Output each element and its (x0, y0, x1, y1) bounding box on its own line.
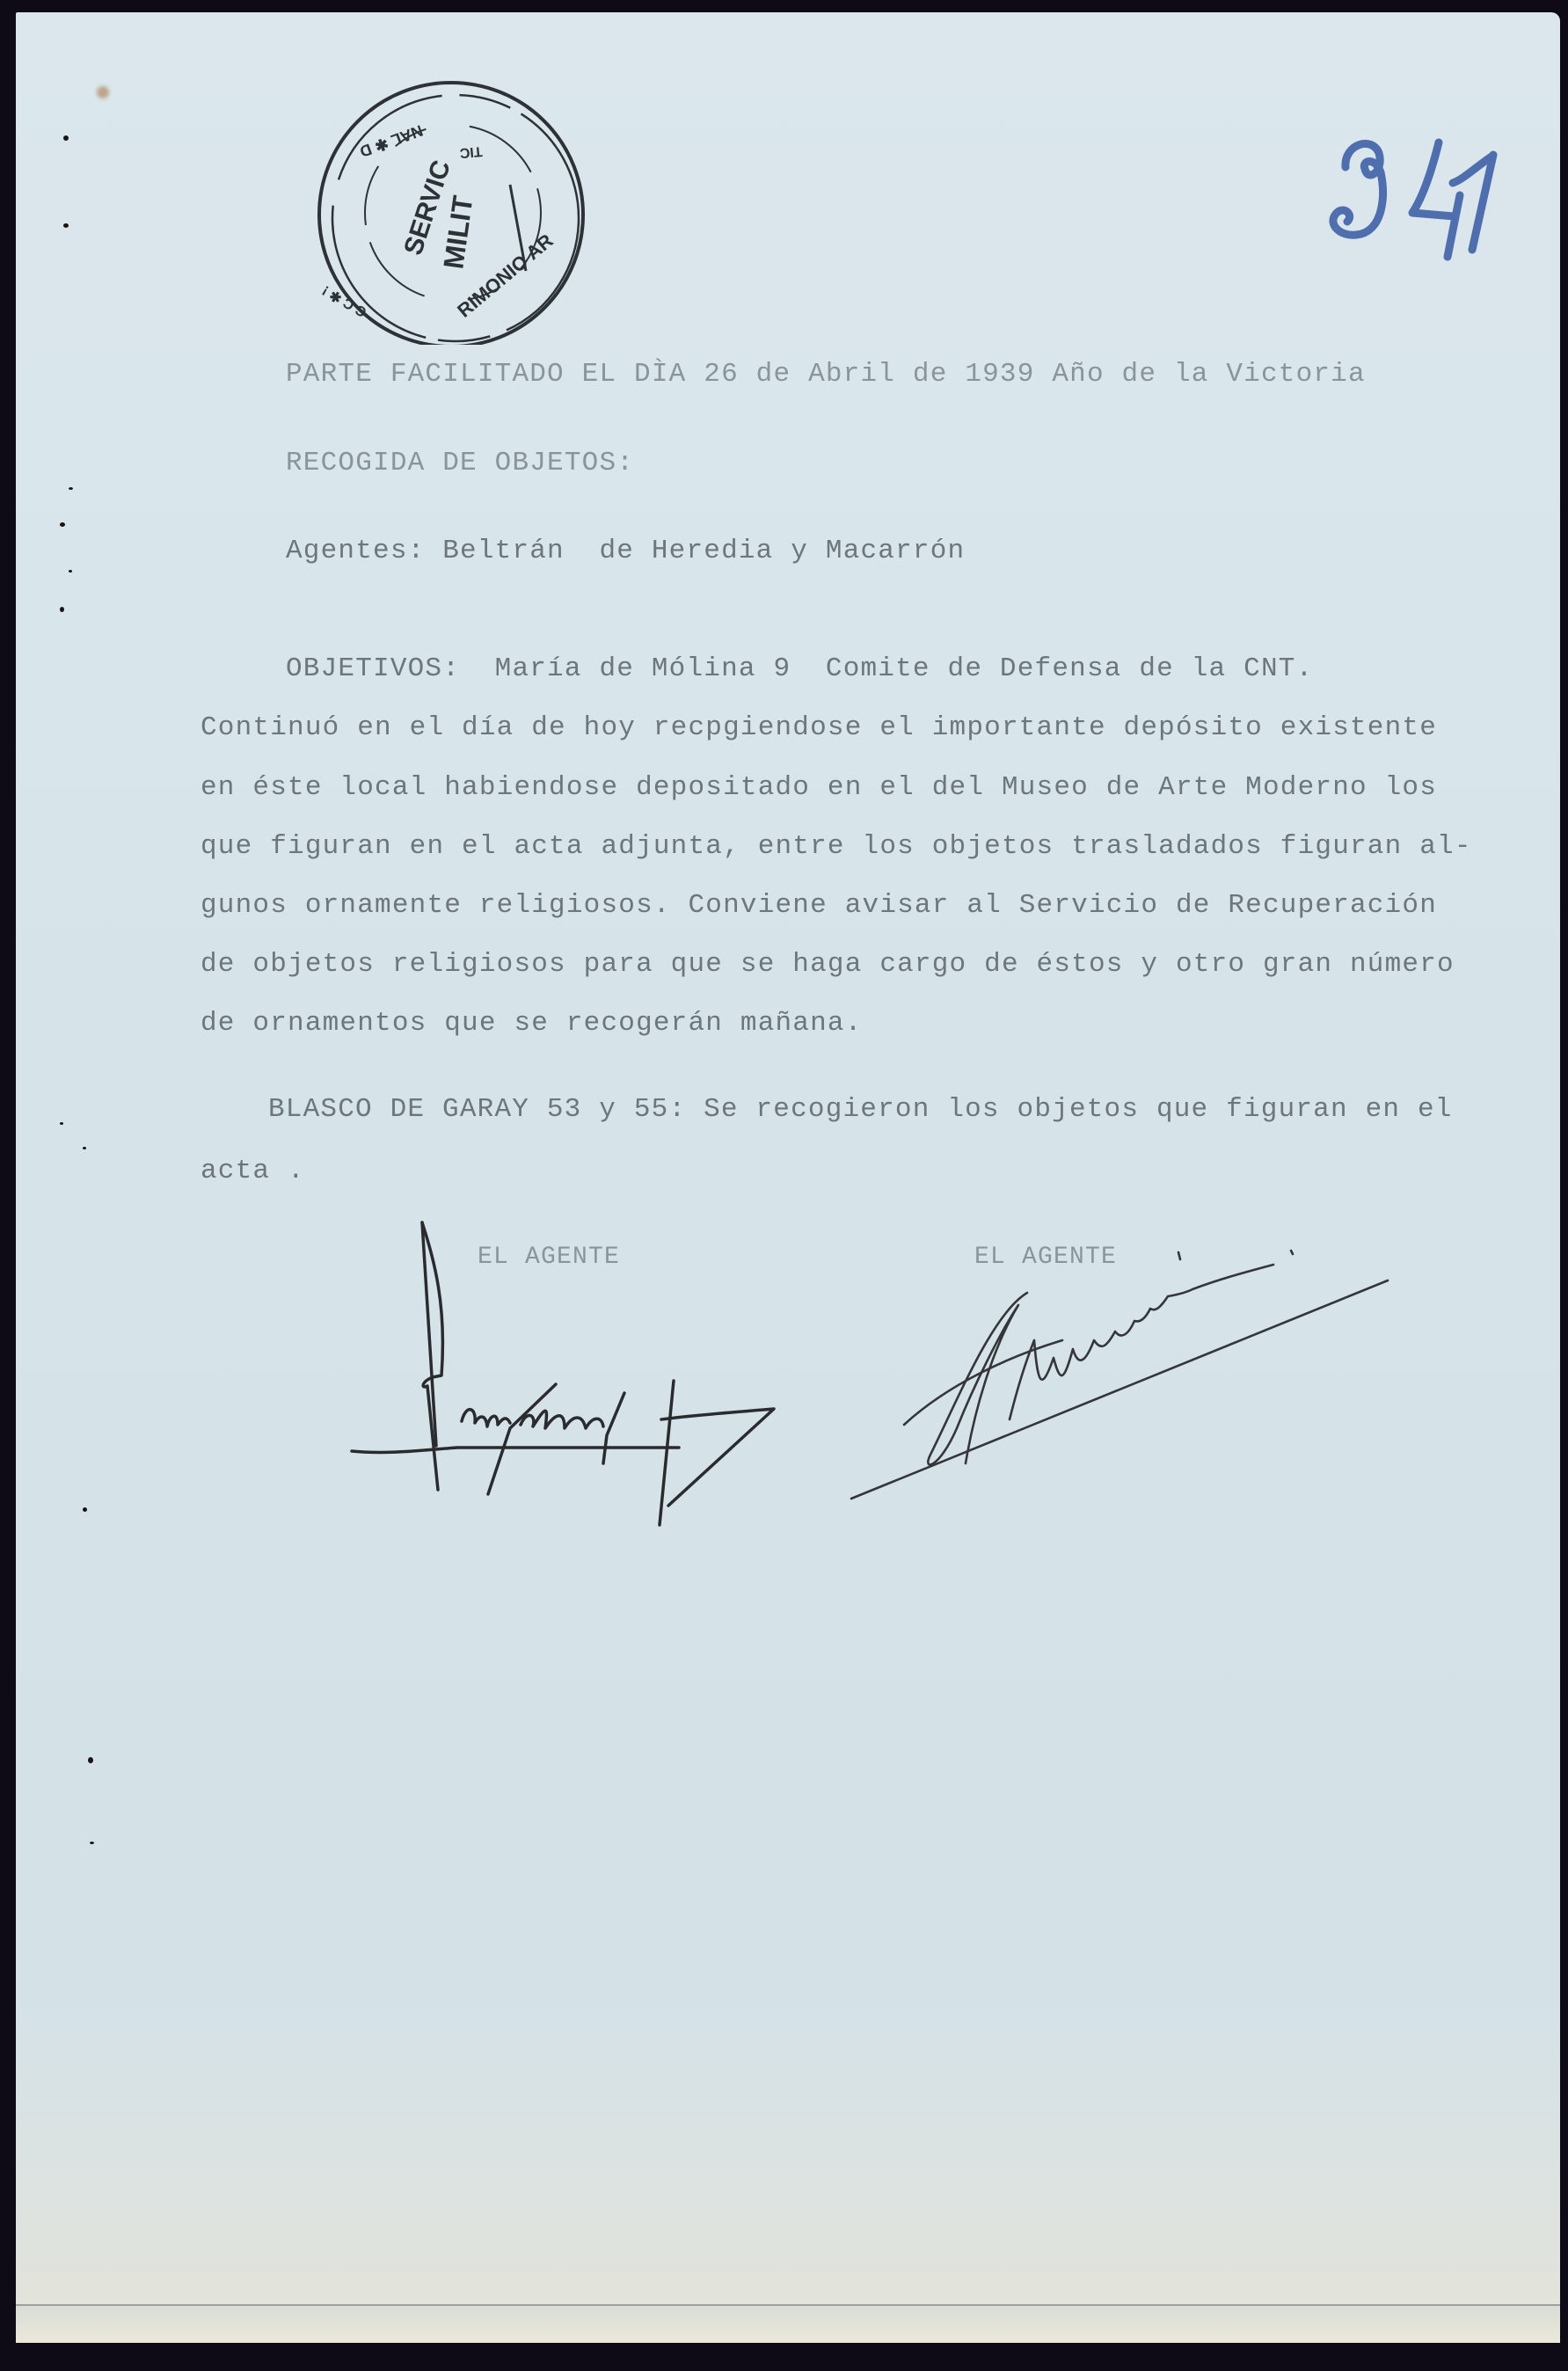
objetivos-heading-line: OBJETIVOS: María de Mólina 9 Comite de D… (286, 655, 1313, 682)
punch-hole (83, 1507, 87, 1512)
punch-hole (88, 1757, 93, 1763)
blasco-line-continued: acta . (201, 1157, 305, 1185)
punch-hole (83, 1147, 86, 1149)
official-stamp: SERVIC MILIT NAL ✱ D RIMONIO AR TIC C C … (315, 81, 587, 345)
objetivos-line: gunos ornamente religiosos. Conviene avi… (201, 892, 1437, 919)
punch-hole (60, 1122, 63, 1125)
signature-macarron (834, 1208, 1432, 1543)
objetivos-line: Continuó en el día de hoy recpgiendose e… (201, 714, 1437, 741)
svg-text:C C ✱ !: C C ✱ ! (320, 282, 369, 319)
blasco-line: BLASCO DE GARAY 53 y 55: Se recogieron l… (268, 1096, 1453, 1123)
folio-number: 341 (1291, 118, 1537, 267)
objetivos-line: de objetos religiosos para que se haga c… (201, 951, 1455, 978)
agents-line: Agentes: Beltrán de Heredia y Macarrón (286, 537, 965, 565)
punch-hole (69, 487, 73, 490)
svg-text:TIC: TIC (459, 143, 484, 160)
punch-hole (60, 607, 64, 612)
objetivos-line: de ornamentos que se recogerán mañana. (201, 1010, 863, 1037)
section-title: RECOGIDA DE OBJETOS: (286, 449, 634, 477)
punch-hole (63, 135, 69, 141)
report-header: PARTE FACILITADO EL DÌA 26 de Abril de 1… (286, 361, 1366, 388)
paper-stain (97, 86, 109, 98)
signature-beltran (334, 1208, 827, 1543)
objetivos-line: que figuran en el acta adjunta, entre lo… (201, 833, 1472, 860)
svg-text:NAL ✱ D: NAL ✱ D (357, 121, 425, 160)
punch-hole (60, 522, 65, 527)
punch-hole (69, 570, 72, 573)
objetivos-line: en éste local habiendose depositado en e… (201, 774, 1437, 801)
punch-hole (63, 223, 69, 228)
page-bottom-fold (16, 2304, 1560, 2343)
punch-hole (90, 1842, 94, 1844)
document-page: SERVIC MILIT NAL ✱ D RIMONIO AR TIC C C … (16, 12, 1560, 2343)
